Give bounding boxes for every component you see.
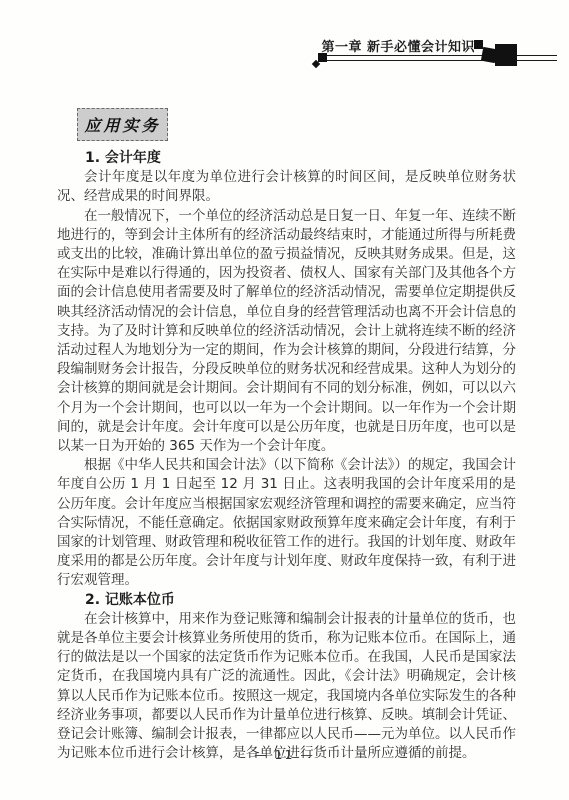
application-practice-badge-label: 应用实务: [84, 113, 160, 136]
page-footer: — 11 —: [0, 744, 569, 763]
paragraph: 在一般情况下，一个单位的经济活动总是日复一日、年复一年、连续不断地进行的，等到会…: [57, 207, 516, 457]
page-number: — 11 —: [254, 747, 315, 762]
header-double-rule: [318, 55, 557, 61]
header-comma-ornament: [318, 53, 327, 62]
header-square-large-ornament: [495, 44, 517, 66]
section-heading-base-currency: 2. 记账本位币: [57, 591, 516, 610]
section-heading-fiscal-year: 1. 会计年度: [57, 149, 516, 168]
paragraph: 会计年度是以年度为单位进行会计核算的时间区间，是反映单位财务状况、经营成果的时间…: [57, 168, 516, 206]
header-square-small-ornament: [474, 40, 483, 49]
paragraph: 根据《中华人民共和国会计法》（以下简称《会计法》）的规定，我国会计年度自公历 1…: [57, 456, 516, 590]
page-content: 1. 会计年度 会计年度是以年度为单位进行会计核算的时间区间，是反映单位财务状况…: [57, 149, 516, 764]
chapter-title: 第一章 新手必懂会计知识: [321, 36, 475, 55]
application-practice-badge: 应用实务: [77, 108, 168, 141]
book-page: 第一章 新手必懂会计知识 应用实务 1. 会计年度 会计年度是以年度为单位进行会…: [0, 0, 569, 800]
paragraph: 在会计核算中，用来作为登记账簿和编制会计报表的计量单位的货币，也就是各单位主要会…: [57, 610, 516, 764]
